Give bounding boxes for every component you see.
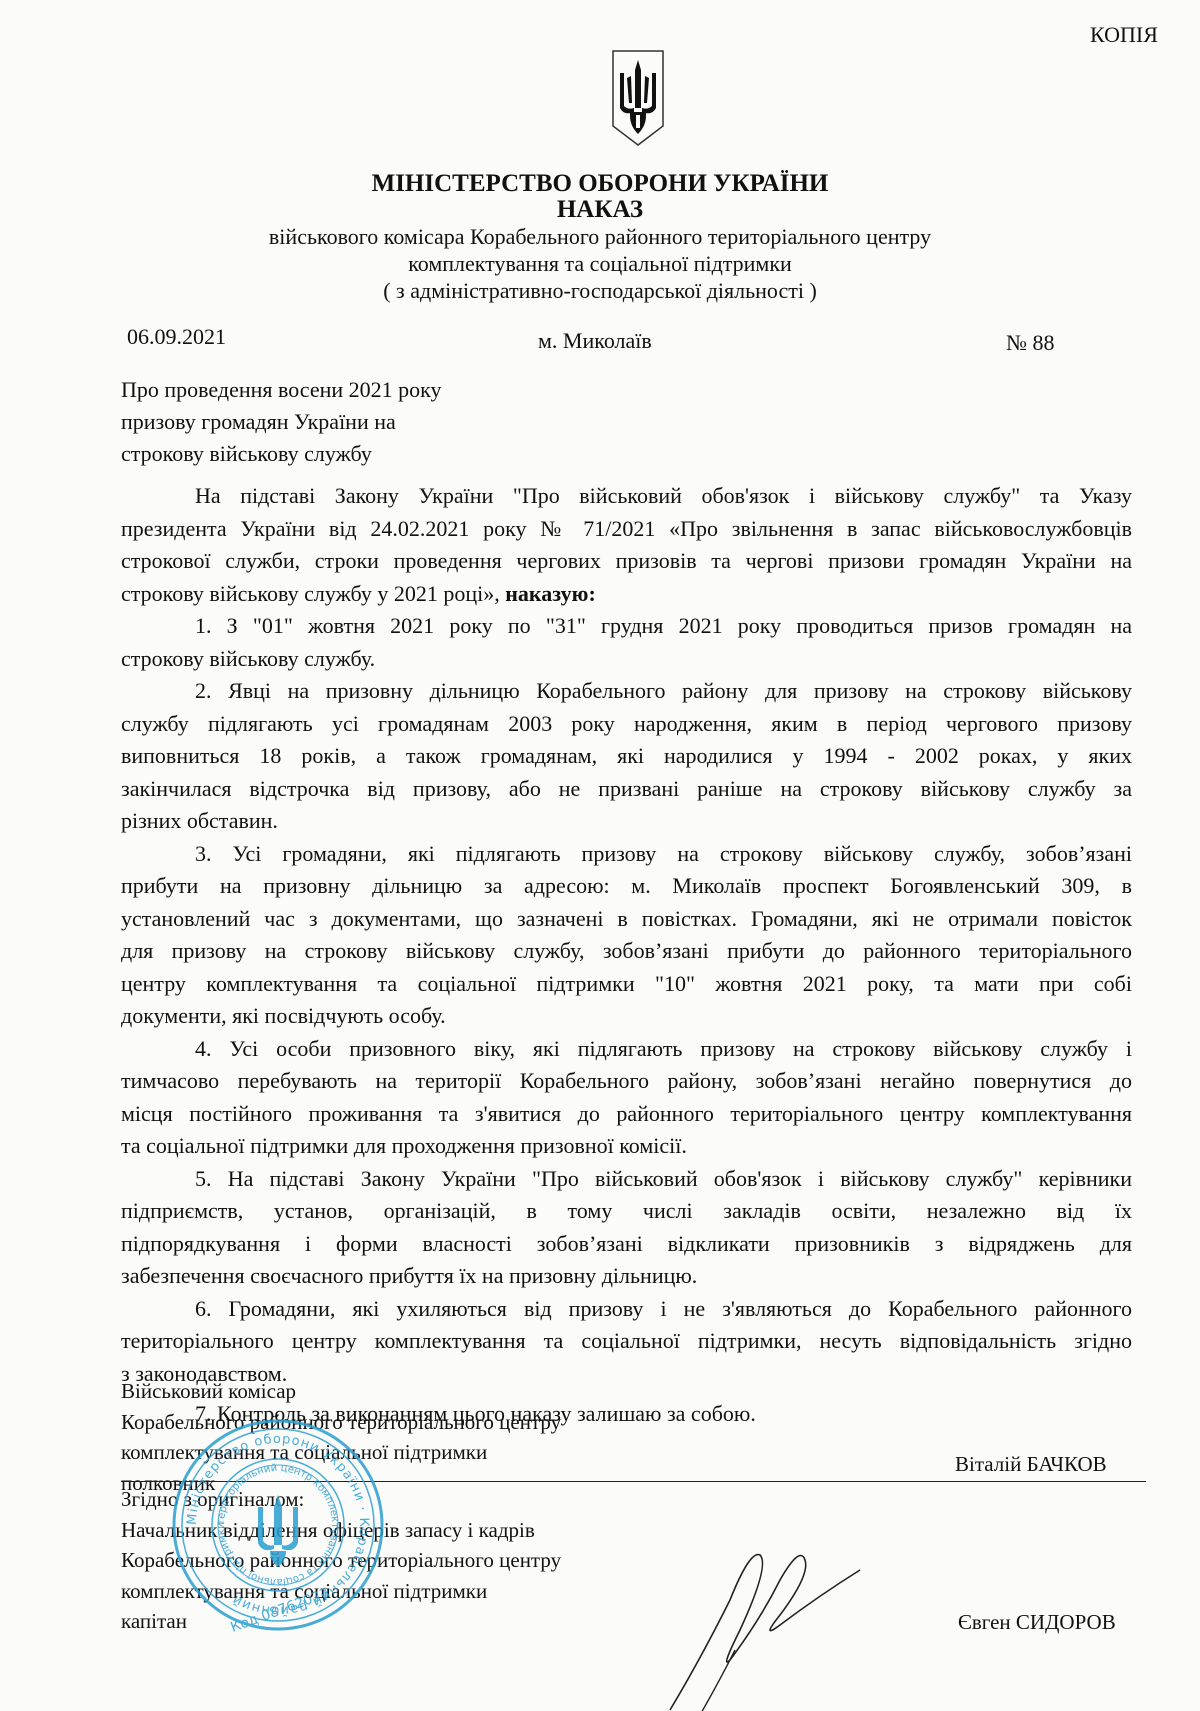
- document-page: КОПІЯ МІНІСТЕРСТВО ОБОРОНИ УКРАЇНИ НАКАЗ…: [0, 0, 1200, 1711]
- order-city: м. Миколаїв: [538, 328, 652, 354]
- text-line: службу підлягають усі громадянам 2003 ро…: [121, 708, 1132, 741]
- copy-mark: КОПІЯ: [1090, 22, 1158, 48]
- order-verb: наказую:: [505, 581, 596, 606]
- order-item-2: 2. Явці на призовну дільницю Корабельног…: [121, 675, 1132, 838]
- text-line: строкової служби, строки проведення черг…: [121, 545, 1132, 578]
- text-line: 3. Усі громадяни, які підлягають призову…: [121, 838, 1132, 871]
- text-line: забезпечення своєчасного прибуття їх на …: [121, 1260, 1132, 1293]
- issuer-line-2: комплектування та соціальної підтримки: [0, 251, 1200, 277]
- text-line: центру комплектування та соціальної підт…: [121, 968, 1132, 1001]
- text-line: 1. З "01" жовтня 2021 року по "31" грудн…: [121, 610, 1132, 643]
- subject-line: Про проведення восени 2021 року: [121, 374, 442, 406]
- issuer-line-3: ( з адміністративно-господарської діяльн…: [0, 278, 1200, 304]
- preamble-end-text: строкову військову службу у 2021 році»,: [121, 581, 505, 606]
- subject-line: строкову військову службу: [121, 438, 442, 470]
- order-item-3: 3. Усі громадяни, які підлягають призову…: [121, 838, 1132, 1033]
- order-number: № 88: [1006, 330, 1055, 356]
- text-line: строкову військову службу.: [121, 643, 1132, 676]
- text-line: місця постійного проживання та з'явитися…: [121, 1098, 1132, 1131]
- text-line: підприємств, установ, організацій, в том…: [121, 1195, 1132, 1228]
- official-stamp-icon: Міністерство оборони України · Корабельн…: [168, 1415, 388, 1635]
- order-item-4: 4. Усі особи призовного віку, які підляг…: [121, 1033, 1132, 1163]
- signatory-title-line: Військовий комісар: [121, 1376, 561, 1407]
- commissar-name: Віталій БАЧКОВ: [955, 1452, 1107, 1477]
- order-item-1: 1. З "01" жовтня 2021 року по "31" грудн…: [121, 610, 1132, 675]
- certifier-name: Євген СИДОРОВ: [958, 1610, 1116, 1635]
- text-line: президента України від 24.02.2021 року №…: [121, 513, 1132, 546]
- text-line: підпорядкування і форми власності зобов’…: [121, 1228, 1132, 1261]
- text-line: строкову військову службу у 2021 році», …: [121, 578, 1132, 611]
- text-line: тимчасово перебувають на території Кораб…: [121, 1065, 1132, 1098]
- text-line: 4. Усі особи призовного віку, які підляг…: [121, 1033, 1132, 1066]
- text-line: різних обставин.: [121, 805, 1132, 838]
- text-line: документи, які посвідчують особу.: [121, 1000, 1132, 1033]
- text-line: прибути на призовну дільницю за адресою:…: [121, 870, 1132, 903]
- text-line: 6. Громадяни, які ухиляються від призову…: [121, 1293, 1132, 1326]
- ministry-title: МІНІСТЕРСТВО ОБОРОНИ УКРАЇНИ: [0, 170, 1200, 198]
- order-date: 06.09.2021: [127, 324, 226, 350]
- text-line: 2. Явці на призовну дільницю Корабельног…: [121, 675, 1132, 708]
- text-line: виповниться 18 років, а також громадянам…: [121, 740, 1132, 773]
- order-item-5: 5. На підставі Закону України "Про війсь…: [121, 1163, 1132, 1293]
- ukraine-coat-of-arms-icon: [610, 48, 666, 148]
- handwritten-signature: [660, 1540, 880, 1711]
- text-line: та соціальної підтримки для проходження …: [121, 1130, 1132, 1163]
- text-line: установлений час з документами, що зазна…: [121, 903, 1132, 936]
- text-line: На підставі Закону України "Про військов…: [121, 480, 1132, 513]
- text-line: для призову на строкову військову службу…: [121, 935, 1132, 968]
- text-line: 5. На підставі Закону України "Про війсь…: [121, 1163, 1132, 1196]
- issuer-line-1: військового комісара Корабельного районн…: [0, 224, 1200, 250]
- document-type: НАКАЗ: [0, 196, 1200, 224]
- text-line: закінчилася відстрочка від призову, або …: [121, 773, 1132, 806]
- order-subject: Про проведення восени 2021 року призову …: [121, 374, 442, 470]
- text-line: територіального центру комплектування та…: [121, 1325, 1132, 1358]
- order-body: На підставі Закону України "Про військов…: [121, 480, 1132, 1431]
- preamble-paragraph: На підставі Закону України "Про військов…: [121, 480, 1132, 610]
- subject-line: призову громадян України на: [121, 406, 442, 438]
